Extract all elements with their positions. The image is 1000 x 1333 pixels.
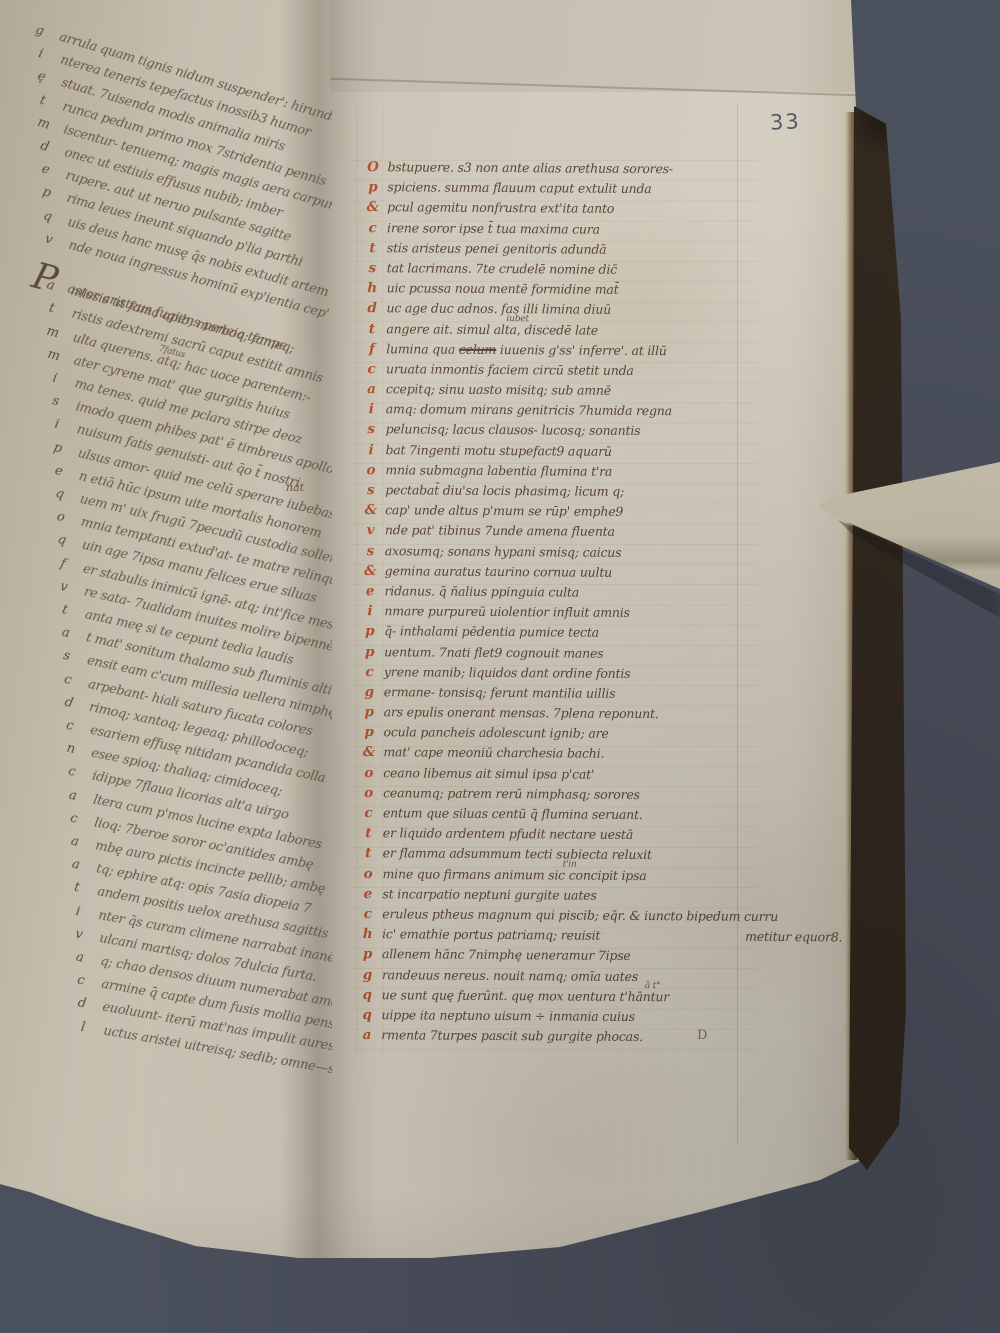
verse-initial: o [360, 866, 377, 882]
verse-text: yrene manib; liquidos dant ordine fontis [384, 664, 631, 681]
verse-text: nmare purpureū uiolentior influit amnis [384, 603, 629, 620]
verse-initial: e [359, 886, 376, 902]
verse-initial: p [361, 704, 378, 720]
verse-initial: c [361, 664, 378, 680]
verse-text: axosumq; sonans hypani smisq; caicus [385, 543, 622, 560]
verse-text: tat lacrimans. 7te crudelē nomine dic̄ [387, 260, 617, 277]
verse-text: ermane- tonsisq; ferunt mantilia uillis [384, 684, 616, 701]
verse-text: bstupuere. s3 non ante alias arethusa so… [387, 159, 673, 176]
verse-initial: O [364, 159, 381, 175]
verse-text: entum que siluas centū q̄ flumina seruan… [383, 805, 643, 822]
verse-text: q̄- inthalami pēdentia pumice tecta [384, 624, 599, 640]
verse-initial: h [359, 926, 376, 942]
manuscript-photo: garrula quam tignis nidum suspender': hi… [0, 0, 1000, 1333]
verse-text: angere ait. simul alta, discedē late [386, 321, 598, 337]
verse-initial: c [364, 220, 381, 236]
verse-text: ue sunt quę fuerūnt. quę mox uentura t'h… [382, 987, 669, 1004]
interlinear-gloss: iubet [506, 314, 528, 324]
verse-text: uentum. 7nati flet9 cognouit manes [384, 644, 603, 661]
verse-text: uic pcussa noua mentē formidine mat̄ [387, 280, 619, 297]
verse-initial: p [360, 724, 377, 740]
verse-text: ceanumq; patrem rerū nimphasq; sorores [383, 785, 640, 802]
quire-signature: iiij. [203, 1286, 228, 1308]
verse-text: peluncisq; lacus clausos- lucosq; sonant… [386, 422, 641, 439]
verse-text: uruata inmontis faciem circū stetit unda [386, 361, 634, 378]
verse-initial: g [359, 967, 376, 983]
verse-text: gemina auratus taurino cornua uultu [385, 563, 612, 580]
verse-initial: i [363, 401, 380, 417]
verse-initial: s [362, 482, 379, 498]
verse-initial: f [363, 341, 380, 357]
verse-text: irene soror ipse t̄ tua maxima cura [387, 220, 600, 236]
gutter-margin-note: nat [286, 481, 304, 494]
verse-initial: v [362, 522, 379, 538]
verse-text: ic' emathie portus patriamq; reuisit [382, 926, 600, 943]
verse-initial: a [358, 1027, 375, 1043]
verse-initial: t [364, 240, 381, 256]
verse-initial: d [363, 300, 380, 316]
verse-text: spiciens. summa flauum caput extulit und… [387, 179, 651, 196]
verse-text: mnia submagna labentia flumina t'ra [385, 462, 612, 479]
verse-text: pectabat̄ diu'sa locis phasimq; licum q; [385, 482, 624, 499]
verse-text: rmenta 7turpes pascit sub gurgite phocas… [381, 1027, 643, 1044]
verse-initial: c [360, 805, 377, 821]
verse-initial: s [362, 543, 379, 559]
verse-initial: c [363, 361, 380, 377]
verse-initial: t [360, 825, 377, 841]
guide-letter: D [697, 1028, 707, 1043]
verse-initial: h [364, 280, 381, 296]
verse-initial: c [359, 906, 376, 922]
verse-initial: & [364, 199, 381, 215]
verse-text: er liquido ardentem pfudit nectare uestā [383, 825, 633, 842]
verse-text: nde pat' tibinus 7unde amena fluenta [385, 523, 615, 540]
verse-text: ocula pancheis adolescunt ignib; are [383, 724, 608, 741]
verse-initial: p [361, 623, 378, 639]
verse-initial: q [359, 987, 376, 1003]
verse-initial: a [363, 381, 380, 397]
verse-initial: o [360, 765, 377, 781]
verse-text: er flamma adsummum tecti subiecta reluxi… [383, 846, 652, 863]
verse-text: bat 7ingenti motu stupefact9 aquarū [385, 442, 611, 459]
verse-text: allenem hānc 7nimphę ueneramur 7ipse [382, 946, 631, 963]
verse-initial: e [361, 583, 378, 599]
verse-initial: o [360, 785, 377, 801]
verse-initial: p [361, 644, 378, 660]
verse-text: st incarpatio neptuni gurgite uates [382, 886, 596, 902]
verse-text: ars epulis onerant mensas. 7plena reponu… [384, 704, 659, 721]
verse-text: mine quo firmans animum sic concipit ips… [383, 866, 647, 883]
verse-text: cap' unde altus p'mum se rūp' emphe9 [385, 502, 623, 519]
verse-text: amq: domum mirans genitricis 7humida reg… [386, 401, 672, 418]
verse-initial: s [363, 421, 380, 437]
verse-initial: t [360, 845, 377, 861]
verse-initial: g [361, 684, 378, 700]
verse-initial: p [359, 946, 376, 962]
verse-initial: i [362, 442, 379, 458]
verse-initial: p [364, 179, 381, 195]
verse-initial: o [362, 462, 379, 478]
verse-text: pcul agemitu nonfrustra ext'ita tanto [387, 200, 614, 217]
verse-text: uippe ita neptuno uisum ÷ inmania cuius [382, 1007, 635, 1024]
verse-initial: & [362, 563, 379, 579]
verse-text: randeuus nereus. nouit namq; omīa uates [382, 967, 638, 984]
verse-text: ceano libemus ait simul ipsa p'cat' [383, 765, 594, 781]
verse-initial: & [362, 502, 379, 518]
verse-overflow-tail: metitur equor8. [745, 929, 842, 945]
verse-initial: t [363, 321, 380, 337]
verse-text: ridanus. q̄ n̄alius ppinguia culta [384, 583, 579, 599]
interlinear-gloss: t'in [563, 859, 577, 869]
folio-number: 33 [769, 109, 801, 135]
verse-text: ccepitq; sinu uasto misitq; sub amnē [386, 381, 611, 398]
verse-initial: i [361, 603, 378, 619]
verse-initial: s [364, 260, 381, 276]
verse-initial: & [360, 744, 377, 760]
verse-text: eruleus ptheus magnum qui piscib; eq̄r. … [382, 906, 778, 924]
verse-text: stis aristeus penei genitoris adundā [387, 240, 607, 257]
verse-text: uc age duc adnos. fas illi limina diuū [386, 301, 611, 318]
interlinear-gloss: ā t° [645, 981, 661, 991]
verse-initial: q [359, 1007, 376, 1023]
verse-text: mat' cape meoniū charchesia bachi. [383, 745, 604, 762]
verse-text: lumina qua celum iuuenis g'ss' inferre'.… [386, 341, 667, 358]
